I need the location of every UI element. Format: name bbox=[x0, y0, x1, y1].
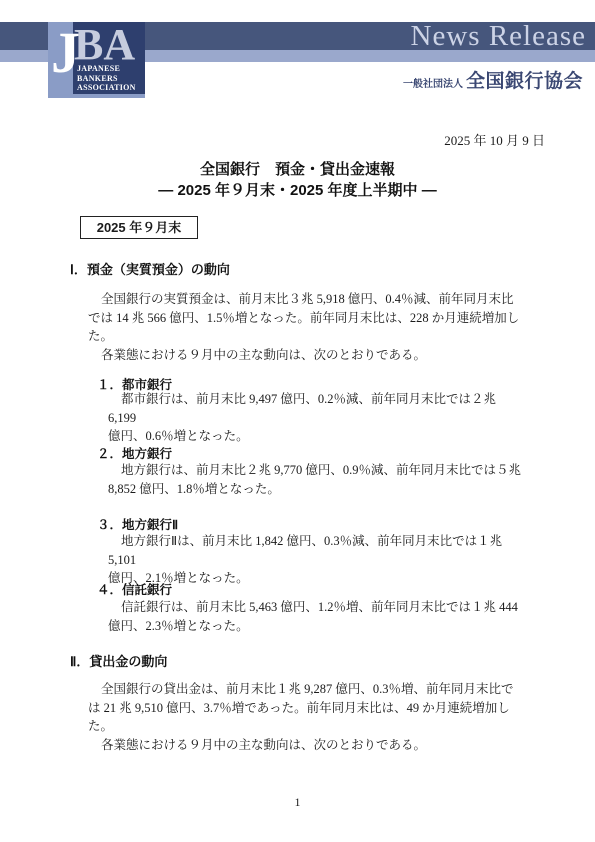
document-page: News Release J BA JAPANESE BANKERS ASSOC… bbox=[0, 0, 595, 842]
paragraph-line: 全国銀行の貸出金は、前月末比１兆 9,287 億円、0.3％増、前年同月末比で bbox=[88, 680, 520, 699]
paragraph-line: た。 bbox=[88, 717, 520, 736]
news-release-title: News Release bbox=[411, 20, 586, 52]
jba-caption-line: ASSOCIATION bbox=[77, 83, 136, 93]
document-title: 全国銀行 預金・貸出金速報 — 2025 年９月末・2025 年度上半期中 — bbox=[0, 159, 595, 201]
paragraph-line: 信託銀行は、前月末比 5,463 億円、1.2％増、前年同月末比では１兆 444 bbox=[108, 598, 522, 617]
subsection-regional-banks-paragraph: 地方銀行は、前月末比２兆 9,770 億円、0.9％減、前年同月末比では５兆 8… bbox=[108, 461, 522, 498]
paragraph-line: 全国銀行の実質預金は、前月末比３兆 5,918 億円、0.4％減、前年同月末比 bbox=[88, 290, 520, 309]
subsection-city-banks-paragraph: 都市銀行は、前月末比 9,497 億円、0.2％減、前年同月末比では２兆 6,1… bbox=[108, 390, 522, 446]
section-loans-paragraph: 全国銀行の貸出金は、前月末比１兆 9,287 億円、0.3％増、前年同月末比で … bbox=[88, 680, 520, 754]
organization-prefix: 一般社団法人 bbox=[403, 75, 463, 90]
paragraph-line: 各業態における９月中の主な動向は、次のとおりである。 bbox=[88, 736, 520, 755]
paragraph-line: 地方銀行は、前月末比２兆 9,770 億円、0.9％減、前年同月末比では５兆 bbox=[108, 461, 522, 480]
paragraph-line: は 21 兆 9,510 億円、3.7％増であった。前年同月末比は、49 か月連… bbox=[88, 699, 520, 718]
paragraph-line: た。 bbox=[88, 327, 520, 346]
document-title-line1: 全国銀行 預金・貸出金速報 bbox=[0, 159, 595, 180]
paragraph-line: 都市銀行は、前月末比 9,497 億円、0.2％減、前年同月末比では２兆 6,1… bbox=[108, 390, 522, 427]
subsection-regional-banks-heading: ２．地方銀行 bbox=[97, 444, 172, 462]
jba-caption-line: BANKERS bbox=[77, 74, 136, 84]
jba-caption-line: JAPANESE bbox=[77, 64, 136, 74]
jba-logo-caption: JAPANESE BANKERS ASSOCIATION bbox=[77, 64, 136, 93]
section-deposits-heading: Ⅰ．預金（実質預金）の動向 bbox=[70, 259, 230, 278]
jba-logo-letters-ba: BA bbox=[74, 23, 135, 67]
organization-title: 全国銀行協会 bbox=[466, 66, 583, 93]
subsection-trust-banks-heading: ４．信託銀行 bbox=[97, 580, 172, 598]
paragraph-line: 8,852 億円、1.8％増となった。 bbox=[108, 480, 522, 499]
paragraph-line: では 14 兆 566 億円、1.5％増となった。前年同月末比は、228 か月連… bbox=[88, 309, 520, 328]
period-box: 2025 年９月末 bbox=[80, 216, 198, 239]
page-number: 1 bbox=[0, 795, 595, 810]
paragraph-line: 億円、0.6％増となった。 bbox=[108, 427, 522, 446]
paragraph-line: 各業態における９月中の主な動向は、次のとおりである。 bbox=[88, 346, 520, 365]
paragraph-line: 億円、2.3％増となった。 bbox=[108, 617, 522, 636]
section-loans-heading: Ⅱ．貸出金の動向 bbox=[70, 651, 167, 670]
subsection-regional-banks-2-heading: ３．地方銀行Ⅱ bbox=[97, 515, 178, 533]
release-date: 2025 年 10 月 9 日 bbox=[444, 130, 545, 149]
jba-logo: J BA JAPANESE BANKERS ASSOCIATION bbox=[48, 22, 145, 98]
paragraph-line: 地方銀行Ⅱは、前月末比 1,842 億円、0.3％減、前年同月末比では１兆 5,… bbox=[108, 532, 522, 569]
document-title-line2: — 2025 年９月末・2025 年度上半期中 — bbox=[0, 180, 595, 201]
organization-name: 一般社団法人 全国銀行協会 bbox=[403, 66, 583, 93]
subsection-trust-banks-paragraph: 信託銀行は、前月末比 5,463 億円、1.2％増、前年同月末比では１兆 444… bbox=[108, 598, 522, 635]
section-deposits-paragraph: 全国銀行の実質預金は、前月末比３兆 5,918 億円、0.4％減、前年同月末比 … bbox=[88, 290, 520, 364]
